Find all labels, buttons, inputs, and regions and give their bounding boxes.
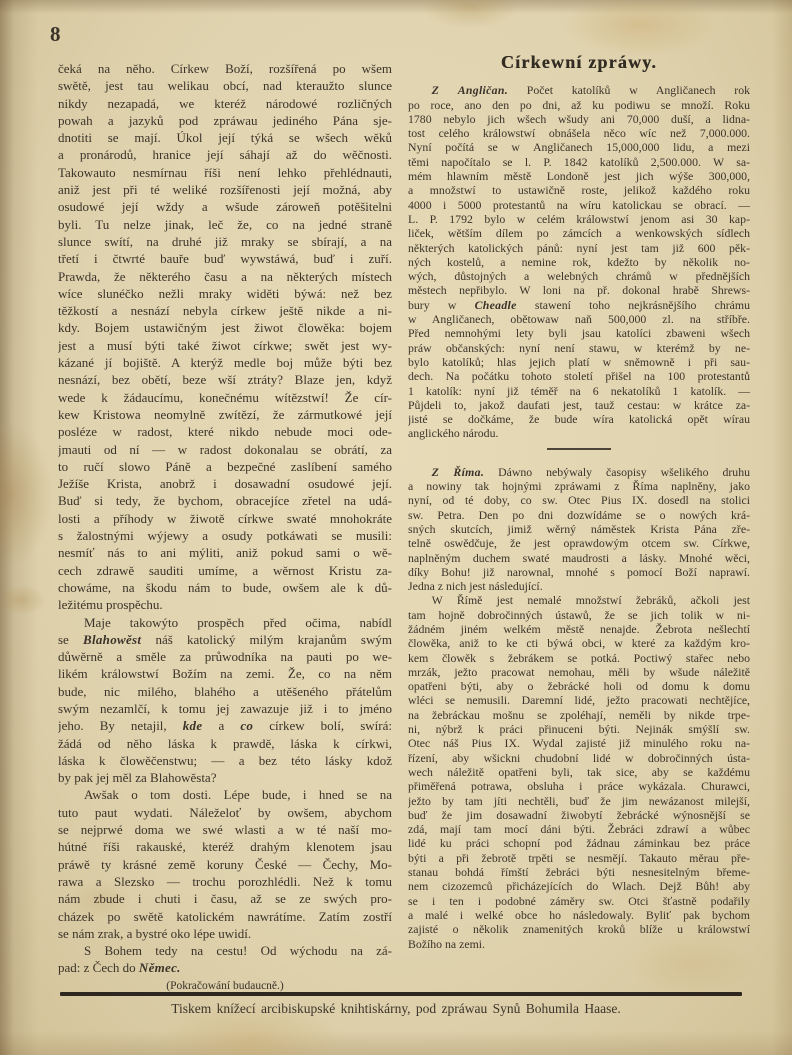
- text-line: by pak jej měl za Blahowěsta?: [58, 769, 392, 786]
- text-line: w Angličanech, obětowaw naň 500,000 zl. …: [408, 312, 750, 326]
- text-line: láska k člowěčenstwu; — a bez této lásky…: [58, 752, 392, 769]
- imprint-line: Tiskem knížecí arcibiskupské knihtiskárn…: [0, 1001, 792, 1017]
- text-line: se Blahowěst náš katolický milým krajanů…: [58, 631, 392, 648]
- text-line: kázané jí bojiště. A kterýž medle boj mů…: [58, 354, 392, 371]
- text-line: kew Kristowa neomylně zwítězí, že zármut…: [58, 406, 392, 423]
- text-line: zajisté o několik znamenitých kroků blíž…: [408, 922, 750, 936]
- text-line: Takowauto nesmírnau říši není lehko přeh…: [58, 164, 392, 181]
- text-line: nyní, od té doby, co sw. Otec Pius IX. d…: [408, 493, 750, 507]
- text-line: nesnází, bez obětí, beze wší ztráty? Bla…: [58, 371, 392, 388]
- text-line: dnotiti se mají. Úkol její týká se wšech…: [58, 129, 392, 146]
- text-line: díky Bohu! již narownal, mnohé s pomocí …: [408, 565, 750, 579]
- text-line: Nyní počítá se w Angličanech 15,000,000 …: [408, 140, 750, 154]
- text-line: se nejprwé doma we swé wlasti a w té naš…: [58, 821, 392, 838]
- text-line: a malé i welké obce ho následowaly. Byli…: [408, 908, 750, 922]
- text-line: opatřeni býti, aby o žebrácké holi od do…: [408, 679, 750, 693]
- paragraph-farewell: S Bohem tedy na cestu! Od wýchodu na zá-…: [58, 942, 392, 977]
- text-line: hútné říši rakauské, kteréž drahým kleno…: [58, 838, 392, 855]
- text-line: to ručí slowo Páně a bezpečné zaslíbení …: [58, 458, 392, 475]
- text-line: kem člowěk s žebrákem se potká. Poctiwý …: [408, 651, 750, 665]
- text-line: posléze w radost, které nikdo nebude moc…: [58, 423, 392, 440]
- text-line: powah a jazyků pod zpráwau jediného Pána…: [58, 112, 392, 129]
- text-line: S Bohem tedy na cestu! Od wýchodu na zá-: [58, 942, 392, 959]
- emphasized-text: Z Říma.: [432, 465, 484, 479]
- text-line: jisté se dočkáme, že bude wíra katolická…: [408, 412, 750, 426]
- text-line: liček, wětším dílem po zámcích a wenkows…: [408, 226, 750, 240]
- text-line: Prawda, že některého času a na některých…: [58, 268, 392, 285]
- text-line: těmi napočítalo se l. P. 1842 katolíků 2…: [408, 155, 750, 169]
- text-line: mrzák, ježto pracowat nemohau, měli by w…: [408, 665, 750, 679]
- text-line: cházek po swětě katolickém nawrátíme. Za…: [58, 908, 392, 925]
- right-column: Církewní zpráwy. Z Angličan. Počet katol…: [408, 55, 750, 951]
- text-line: člowěka, aniž to ke cti býwá obci, w kte…: [408, 636, 750, 650]
- text-line: ježto by tam jíti nechtěli, buď že jim n…: [408, 794, 750, 808]
- text-line: bude, nic milého, blahého a utěšeného př…: [58, 683, 392, 700]
- text-line: naplněným duchem swaté maudrosti a lásky…: [408, 551, 750, 565]
- text-line: nesmíť nás to ani mýliti, aniž pokud sam…: [58, 544, 392, 561]
- page-number: 8: [50, 22, 62, 47]
- emphasized-text: Z Angličan.: [432, 83, 508, 97]
- text-line: wede k žádaucímu, konečnému wítězstwí! Ž…: [58, 389, 392, 406]
- text-line: 1 katolík: nyní již téměř na 6 nekatolík…: [408, 384, 750, 398]
- footer-rule: [60, 992, 742, 996]
- text-line: nikdy nezapadá, we kteréž národowé rozli…: [58, 95, 392, 112]
- text-line: sných skutcích, jimiž wěrný náměstek Kri…: [408, 522, 750, 536]
- text-line: 4000 i 5000 protestantů na wíru katolick…: [408, 198, 750, 212]
- text-line: Buď si tedy, že bychom, obracejíce zřete…: [58, 492, 392, 509]
- text-line: se i ten i podobné záměry sw. Otci šťast…: [408, 894, 750, 908]
- text-line: bylo katolíků; hlas jejich platí w sněmo…: [408, 355, 750, 369]
- text-line: Z Angličan. Počet katolíků w Angličanech…: [408, 83, 750, 97]
- text-line: důwěrně a směle za průwodníka na pauti p…: [58, 648, 392, 665]
- text-line: a množstwí to ustawičně roste, jelikož k…: [408, 183, 750, 197]
- text-line: telně oswědčuje, že jest oprawdowým otce…: [408, 536, 750, 550]
- text-line: těžkostí a nesnází nebyla církew ještě n…: [58, 302, 392, 319]
- text-line: jmauti od ní — w radost dokonalau se obr…: [58, 441, 392, 458]
- text-line: tost celého králowstwí obnášela něco wíc…: [408, 126, 750, 140]
- text-line: na žebráckau mošnu se zpoléhají, neměli …: [408, 708, 750, 722]
- text-line: zdá, mají tam mocí dáni býti. Žebráci zd…: [408, 822, 750, 836]
- text-line: lidé ku práci schopní pod žádnau záminka…: [408, 836, 750, 850]
- text-line: Z Říma. Dáwno nebýwaly časopisy wšelikéh…: [408, 465, 750, 479]
- text-line: ni, nýbrž k práci přinuceni býti. Nejiná…: [408, 722, 750, 736]
- text-line: dech. Na počátku tohoto století přišel n…: [408, 369, 750, 383]
- text-line: swým nezamlčí, k tomu jej zawazuje již i…: [58, 700, 392, 717]
- text-line: stanau bohdá římští žebráci býti nesnesi…: [408, 865, 750, 879]
- paragraph-blahowest-intro: Maje takowýto prospěch před očima, nabíd…: [58, 614, 392, 787]
- text-line: aniž jest při té weliké rozšířenosti jej…: [58, 181, 392, 198]
- text-line: slunce swítí, na druhé již mraky se sbír…: [58, 233, 392, 250]
- text-line: městech nepřibylo. W loni na př. dokonal…: [408, 283, 750, 297]
- text-line: přiměřená potrawa, obsluha i práce wykáz…: [408, 779, 750, 793]
- article-rome-intro: Z Říma. Dáwno nebýwaly časopisy wšelikéh…: [408, 465, 750, 594]
- article-rome-beggars: W Římě jest nemalé množstwí žebráků, ačk…: [408, 593, 750, 950]
- section-divider: [547, 448, 611, 450]
- text-line: chowáme, na škodu nám to bude, owšem ale…: [58, 579, 392, 596]
- emphasized-text: Cheadle: [475, 298, 517, 312]
- text-line: býti a při žebrotě trpěti se nesmějí. Ta…: [408, 851, 750, 865]
- text-line: losti a příhody w žiwotě církwe swaté mn…: [58, 510, 392, 527]
- text-line: likém králowstwí Božím na zemi. Že, co n…: [58, 665, 392, 682]
- text-line: třetí i čtwrté bauře buď wywstáwá, buď i…: [58, 250, 392, 267]
- text-line: některých katolických pánů: nyní jest ta…: [408, 241, 750, 255]
- left-column: čeká na něho. Církew Boží, rozšířená po …: [58, 60, 392, 995]
- text-line: cech zdrawě sauditi umíme, a wěrnost Kri…: [58, 562, 392, 579]
- text-line: Půjdeli to, jakož daufati jest, tauž ces…: [408, 398, 750, 412]
- text-line: sw. Petra. Den po dni dozwídáme se o now…: [408, 508, 750, 522]
- text-line: W Římě jest nemalé množstwí žebráků, ačk…: [408, 593, 750, 607]
- text-line: Před nemnohými lety byli jsau katolíci z…: [408, 326, 750, 340]
- paragraph-church-universal: čeká na něho. Církew Boží, rozšířená po …: [58, 60, 392, 614]
- text-line: Awšak o tom dosti. Lépe bude, i hned se …: [58, 786, 392, 803]
- section-heading: Církewní zpráwy.: [408, 55, 750, 69]
- text-line: nem cizozemců přicházejících do Wlach. D…: [408, 879, 750, 893]
- text-line: osudowé její wždy a wšude zároweň potěši…: [58, 198, 392, 215]
- text-line: Božího na zemi.: [408, 937, 750, 951]
- text-line: čeká na něho. Církew Boží, rozšířená po …: [58, 60, 392, 77]
- text-line: žádném jiném welkém městě nenajde. Žebro…: [408, 622, 750, 636]
- text-line: wléci se nemusili. Daremní lidé, ježto p…: [408, 693, 750, 707]
- scanned-page: 8 čeká na něho. Církew Boží, rozšířená p…: [0, 0, 792, 1055]
- text-line: ležitému prospěchu.: [58, 596, 392, 613]
- text-line: a nowiny tak hojnými zpráwami z Říma nap…: [408, 479, 750, 493]
- text-line: kdy. Bojem ustawičným jest žiwot člowěka…: [58, 319, 392, 336]
- text-line: wech náležitě opatřeni byli, tak sice, a…: [408, 765, 750, 779]
- text-line: Jedna z nich jest následující.: [408, 579, 750, 593]
- text-line: rawa a Slezsko — trochu porozhlédli. Než…: [58, 873, 392, 890]
- text-line: nám zbude i chuti i času, až se ze swých…: [58, 890, 392, 907]
- text-line: tuto paut wydati. Náleželoť by owšem, ab…: [58, 804, 392, 821]
- emphasized-text: co: [240, 718, 253, 733]
- text-line: Ježíše Krista, anobrž i dosawadní osudow…: [58, 475, 392, 492]
- emphasized-text: Němec.: [139, 960, 181, 975]
- emphasized-text: Blahowěst: [83, 632, 141, 647]
- text-line: wých, důstojných a welebných chrámů w př…: [408, 269, 750, 283]
- text-line: ných kostelů, a nemine rok, kdežto by ně…: [408, 255, 750, 269]
- text-line: s žalostnými wýjewy a osudy potkáwati se…: [58, 527, 392, 544]
- text-line: žádá od něho láska k prawdě, láska k cír…: [58, 735, 392, 752]
- text-line: pad: z Čech do Němec.: [58, 959, 392, 976]
- text-line: řízení, aby wšickni chudobní lidé w dobr…: [408, 751, 750, 765]
- text-line: 1780 nebylo jich wšech wšudy ani 70,000 …: [408, 112, 750, 126]
- text-line: anglického národu.: [408, 426, 750, 440]
- text-line: po roce, ano den po dni, až ku podiwu se…: [408, 98, 750, 112]
- text-line: jeho. By netajil, kde a co církew bolí, …: [58, 717, 392, 734]
- text-line: a pronárodů, hranice její sáhají až do w…: [58, 146, 392, 163]
- text-line: bury w Cheadle stawení toho nejkrásnější…: [408, 298, 750, 312]
- text-line: Otec náš Pius IX. Wydal zajisté již minu…: [408, 736, 750, 750]
- text-line: L. P. 1792 bylo w celém králowstwí jenom…: [408, 212, 750, 226]
- text-line: swětě, jest tau welikau obcí, nad kterau…: [58, 77, 392, 94]
- text-line: mém hlawním městě Londoně jest jich wýše…: [408, 169, 750, 183]
- text-line: Maje takowýto prospěch před očima, nabíd…: [58, 614, 392, 631]
- text-line: buď že jim dosawadní žiwobytí žebrácké w…: [408, 808, 750, 822]
- text-line: wíce slunéčko nežli mraky widěti býwá: n…: [58, 285, 392, 302]
- article-england: Z Angličan. Počet katolíků w Angličanech…: [408, 83, 750, 440]
- emphasized-text: kde: [183, 718, 203, 733]
- text-line: práw občanských: nyní není stawu, w kter…: [408, 341, 750, 355]
- text-line: práwě ty krásné země koruny České — Čech…: [58, 856, 392, 873]
- text-line: byli. Tu nelze jinak, leč že, co na jedn…: [58, 216, 392, 233]
- paragraph-journey-plan: Awšak o tom dosti. Lépe bude, i hned se …: [58, 786, 392, 942]
- text-line: tam hojně dobročinných ústawů, že se jic…: [408, 608, 750, 622]
- text-line: se nám zrak, a bystré oko lépe uwidí.: [58, 925, 392, 942]
- text-line: jest a musí býti také žiwot církwe; swět…: [58, 337, 392, 354]
